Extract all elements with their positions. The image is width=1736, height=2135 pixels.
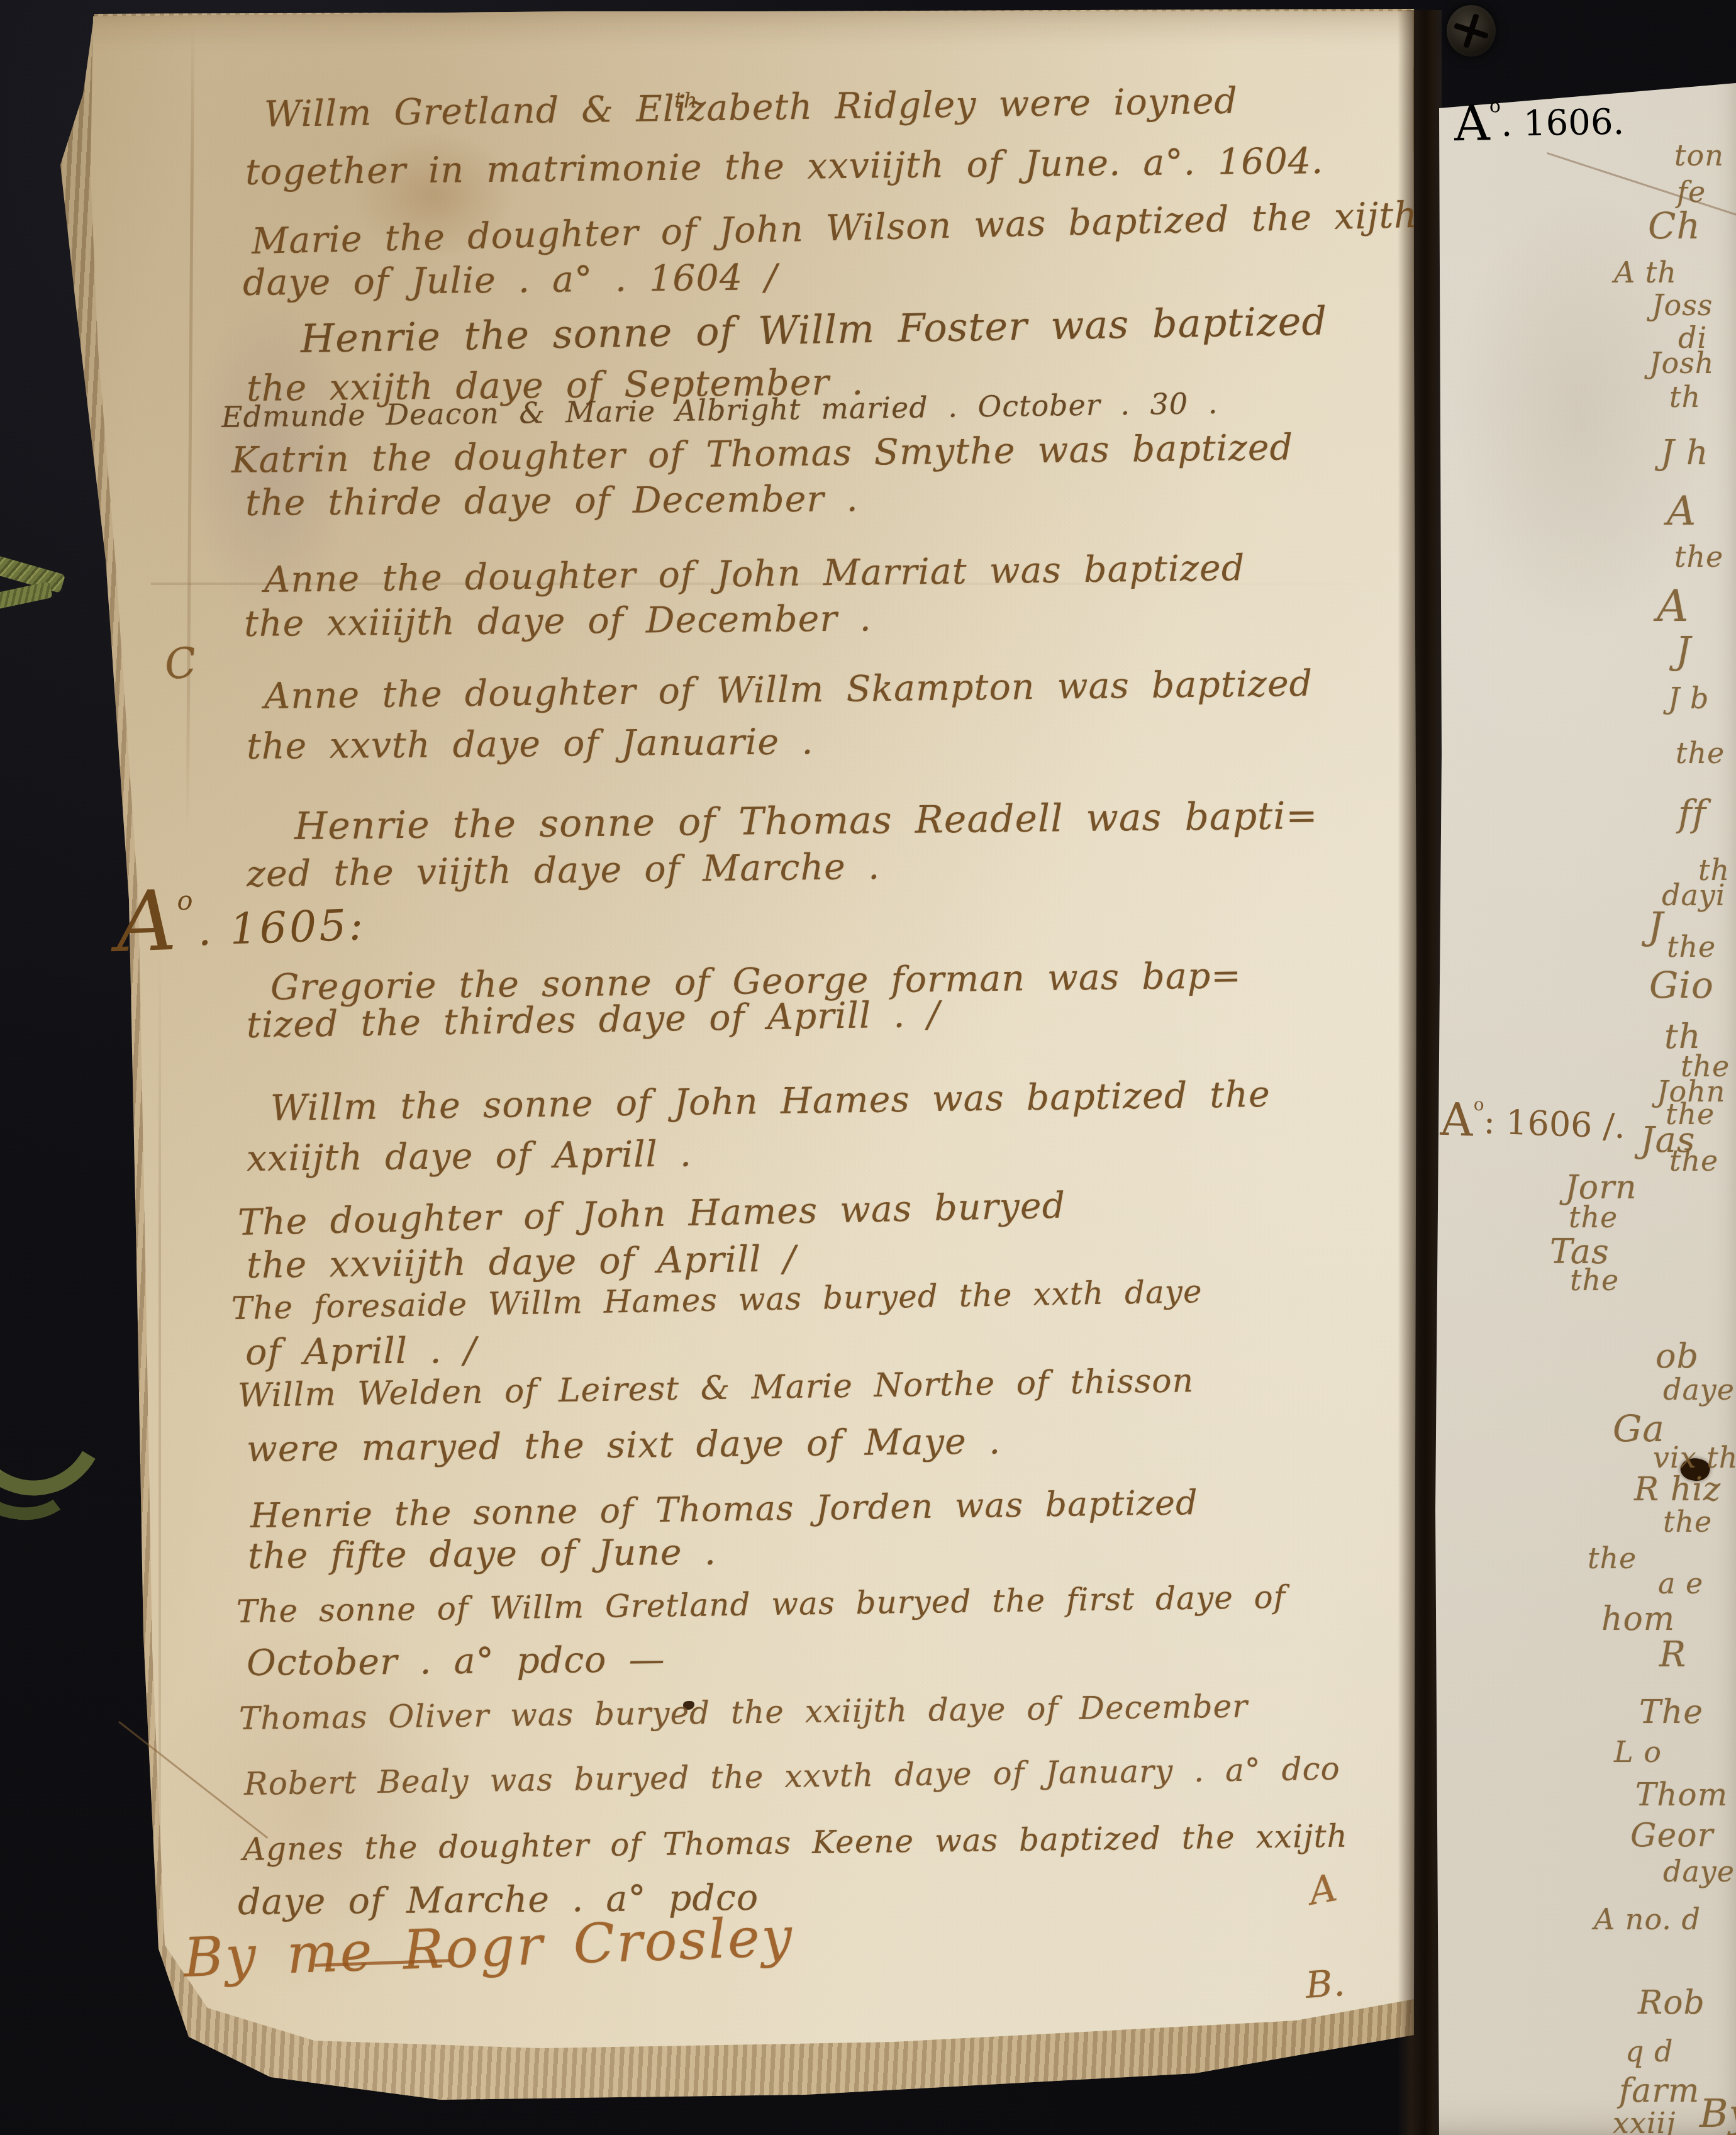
- margin-initial: B.: [1305, 1961, 1347, 2008]
- register-entry-line: were maryed the sixt daye of Maye .: [247, 1420, 1001, 1471]
- stain: [1453, 189, 1705, 642]
- manuscript-photo: Willm Gretland & Elizabeth Ridgley were …: [0, 0, 1736, 2135]
- register-entry-line: the xxviijth daye of Aprill /: [247, 1237, 797, 1287]
- year-heading-1605: Ao. 1605:: [115, 881, 366, 959]
- crease-line: [159, 944, 161, 1950]
- year-initial: A: [1440, 1093, 1474, 1147]
- register-entry-line: the xxiiijth daye of December .: [244, 597, 872, 645]
- register-entry-line: the fifte daye of June .: [248, 1531, 717, 1578]
- year-degree-mark: o: [176, 885, 193, 917]
- screw-head: [1447, 5, 1496, 57]
- register-entry-line: of Aprill . /: [245, 1329, 477, 1374]
- register-entry-line: xxiijth daye of Aprill .: [247, 1133, 693, 1181]
- year-degree-mark: o: [1473, 1094, 1484, 1115]
- year-degree-mark: o: [1489, 95, 1501, 117]
- register-entry-line: October . a° pdco —: [247, 1638, 665, 1685]
- register-entry-line: the xxvth daye of Januarie .: [247, 720, 814, 768]
- register-entry-line: the thirde daye of December .: [245, 477, 859, 525]
- gutter-shadow: [1398, 10, 1442, 2135]
- green-tie: [0, 581, 53, 610]
- year-value: . 1606.: [1501, 102, 1625, 145]
- year-value: : 1606 /.: [1483, 1101, 1626, 1146]
- margin-mark: C: [162, 637, 199, 690]
- year-initial: A: [1454, 95, 1490, 152]
- year-heading-1606-mid: Ao: 1606 /.: [1440, 1093, 1627, 1152]
- superscript-mark: th: [674, 88, 698, 114]
- year-initial: A: [115, 888, 177, 957]
- register-entry-line: daye of Julie . a° . 1604 /: [243, 256, 778, 304]
- year-value: . 1605:: [197, 900, 367, 956]
- year-heading-1606-top: Ao. 1606.: [1454, 93, 1625, 153]
